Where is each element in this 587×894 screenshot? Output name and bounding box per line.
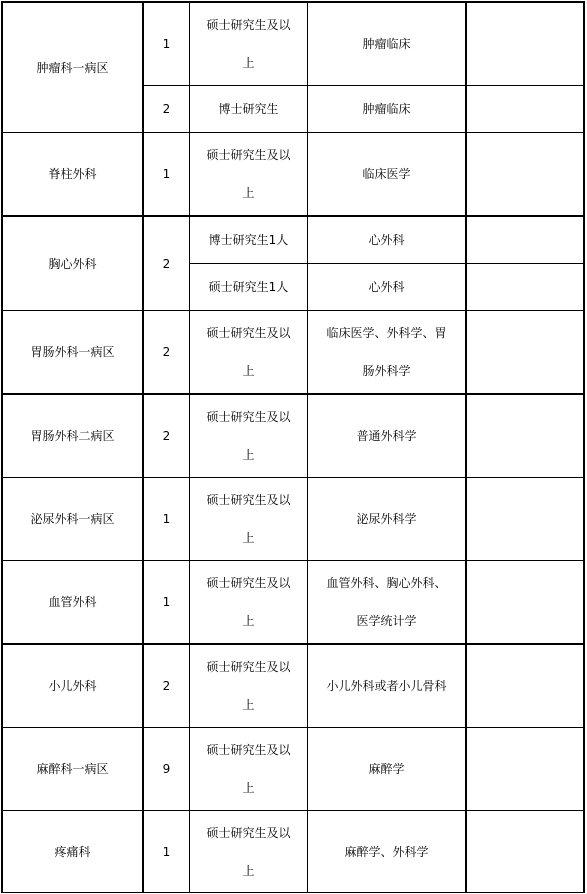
table-border-right xyxy=(583,1,585,893)
table-row-oncology-ward-1: 肿瘤科一病区 xyxy=(3,3,142,132)
department-cell: 血管外科 xyxy=(48,583,96,621)
degree-cell: 博士研究生1人 xyxy=(190,217,307,263)
notes-cell xyxy=(467,645,583,727)
notes-cell xyxy=(467,133,583,215)
degree-cell: 硕士研究生及以上 xyxy=(190,3,307,85)
table-row-gi-surgery-ward-1: 胃肠外科一病区 xyxy=(3,311,142,393)
table-row-pediatric-surgery: 小儿外科 xyxy=(3,645,142,727)
major-cell: 心外科 xyxy=(308,264,465,310)
department-cell: 胃肠外科一病区 xyxy=(30,333,114,371)
major-cell: 泌尿外科学 xyxy=(308,478,465,560)
table-row-spine-surgery: 脊柱外科 xyxy=(3,133,142,215)
major-cell: 临床医学、外科学、胃肠外科学 xyxy=(308,311,465,393)
department-cell: 胸心外科 xyxy=(48,245,96,283)
notes-cell xyxy=(467,478,583,560)
major-cell: 临床医学 xyxy=(308,133,465,215)
notes-cell xyxy=(467,217,583,263)
count-cell: 2 xyxy=(144,395,189,477)
degree-cell: 硕士研究生及以上 xyxy=(190,561,307,643)
notes-cell xyxy=(467,395,583,477)
major-cell: 心外科 xyxy=(308,217,465,263)
notes-cell xyxy=(467,728,583,810)
notes-cell xyxy=(467,311,583,393)
degree-cell: 硕士研究生及以上 xyxy=(190,728,307,810)
major-cell: 小儿外科或者小儿骨科 xyxy=(308,645,465,727)
department-cell: 疼痛科 xyxy=(54,833,90,871)
table-row-cardiothoracic-surgery: 胸心外科 xyxy=(3,217,142,310)
table-row-anesthesiology-ward-1: 麻醉科一病区 xyxy=(3,728,142,810)
degree-cell: 硕士研究生及以上 xyxy=(190,311,307,393)
degree-cell: 硕士研究生及以上 xyxy=(190,395,307,477)
degree-cell: 博士研究生 xyxy=(190,86,307,132)
count-cell: 2 xyxy=(144,645,189,727)
notes-cell xyxy=(467,561,583,643)
count-cell: 2 xyxy=(144,86,189,132)
count-cell: 1 xyxy=(144,133,189,215)
table-row-gi-surgery-ward-2: 胃肠外科二病区 xyxy=(3,395,142,477)
table-row-vascular-surgery: 血管外科 xyxy=(3,561,142,643)
department-cell: 肿瘤科一病区 xyxy=(36,49,108,87)
count-cell: 1 xyxy=(144,3,189,85)
degree-cell: 硕士研究生及以上 xyxy=(190,811,307,892)
major-cell: 普通外科学 xyxy=(308,395,465,477)
major-cell: 肿瘤临床 xyxy=(308,86,465,132)
count-cell: 1 xyxy=(144,478,189,560)
department-cell: 麻醉科一病区 xyxy=(36,750,108,788)
notes-cell xyxy=(467,811,583,892)
notes-cell xyxy=(467,86,583,132)
degree-cell: 硕士研究生及以上 xyxy=(190,133,307,215)
table-row-urology-ward-1: 泌尿外科一病区 xyxy=(3,478,142,560)
department-cell: 胃肠外科二病区 xyxy=(30,417,114,455)
notes-cell xyxy=(467,264,583,310)
notes-cell xyxy=(467,3,583,85)
department-cell: 泌尿外科一病区 xyxy=(30,500,114,538)
department-cell: 小儿外科 xyxy=(48,667,96,705)
major-cell: 血管外科、胸心外科、医学统计学 xyxy=(308,561,465,643)
count-cell: 1 xyxy=(144,811,189,892)
major-cell: 麻醉学 xyxy=(308,728,465,810)
count-cell: 2 xyxy=(144,311,189,393)
count-cell: 2 xyxy=(144,217,189,310)
degree-cell: 硕士研究生及以上 xyxy=(190,645,307,727)
department-cell: 脊柱外科 xyxy=(48,155,96,193)
recruitment-table: 肿瘤科一病区 1 硕士研究生及以上 肿瘤临床 2 博士研究生 肿瘤临床 脊柱外科… xyxy=(0,0,587,894)
major-cell: 肿瘤临床 xyxy=(308,3,465,85)
degree-cell: 硕士研究生1人 xyxy=(190,264,307,310)
major-cell: 麻醉学、外科学 xyxy=(308,811,465,892)
table-border-bottom xyxy=(1,892,585,893)
table-row-pain-management: 疼痛科 xyxy=(3,811,142,892)
degree-cell: 硕士研究生及以上 xyxy=(190,478,307,560)
count-cell: 9 xyxy=(144,728,189,810)
count-cell: 1 xyxy=(144,561,189,643)
